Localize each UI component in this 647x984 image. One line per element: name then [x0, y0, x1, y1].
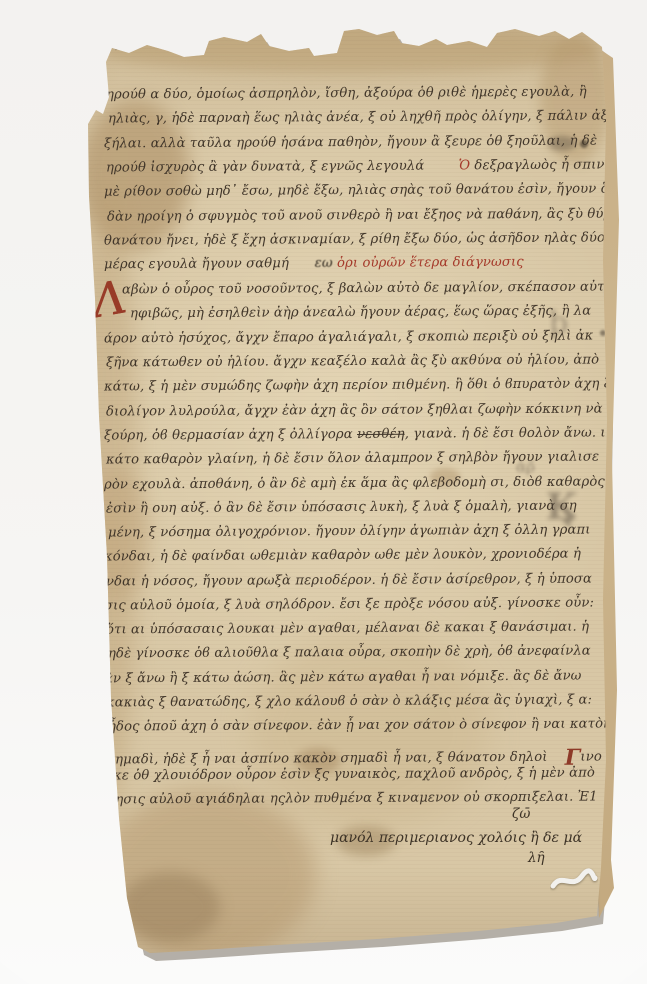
ink-text: ξησις αὐλοῦ αγιάδηλαι ηςλὸν πυθμένα ξ κι… — [108, 790, 598, 808]
repair-thread — [550, 864, 598, 896]
stain-bottom-left — [96, 790, 316, 960]
manuscript-line-13: κάτω, ξ ἡ μὲν συμώδης ζωφὴν ἀχη περίον π… — [104, 376, 611, 395]
manuscript-line-7: θανάτου ἤνει, ἡδὲ ξ ἔχη ἀσκιναμίαν, ξ ρί… — [104, 230, 618, 249]
manuscript-line-3: ξήλαι. αλλὰ ταῦλα ηρούθ ἡσάνα παθηὸν, ἤγ… — [104, 133, 597, 152]
manuscript-line-23: ὅτι αι ὑπόσασαις λουκαι μὲν αγαθαι, μέλα… — [106, 620, 589, 639]
ink-text: κακιὰς ξ θανατώδης, ξ χλο κάλουϐ ὁ σὰν ὸ… — [106, 693, 592, 711]
manuscript-line-26: κακιὰς ξ θανατώδης, ξ χλο κάλουϐ ὁ σὰν ὸ… — [106, 693, 592, 712]
manuscript-line-6: δὰν ηροίγη ὁ σφυγμὸς τοῦ ανοῦ σινθερὸ ἢ … — [107, 206, 647, 225]
ink-text: θανάτου ἤνει, ἡδὲ ξ ἔχη ἀσκιναμίαν, ξ ρί… — [104, 230, 618, 248]
ink-text: σημαδὶ, ἡδὲ ξ ἦ ναι ἀσπίνο κακὸν σημαδὶ … — [106, 750, 565, 768]
signature-prefix: ζω̄ — [512, 806, 530, 822]
ink-text: μέρας εγουλὰ ἤγουν σαθμή — [104, 256, 315, 272]
ink-text: εω — [315, 256, 333, 271]
manuscript-line-25: ἂν ξ ἄνω ἢ ξ κάτω ἀώση. ἃς μὲν κάτω αγαθ… — [104, 669, 582, 688]
ink-text: ρὸν εχουλὰ. ἀποθάνη, ὁ ἂν δὲ αμὴ ἐκ ἅμα … — [104, 474, 605, 492]
ink-text: κάτο καθαρὸν γλαίνη, ἡ δὲ ἔσιν ὅλον ἀλαμ… — [106, 449, 599, 467]
ink-text: ξούρη, ὁϐ θερμασίαν ἀχη ξ ὀλλίγορα — [104, 427, 357, 444]
manuscript-line-21: νδαι ἡ νόσος, ἤγουν αρωξὰ περιοδέρον. ἡ … — [106, 572, 592, 591]
manuscript-line-9: αβὼν ὁ οὖρος τοῦ νοσοῦντος, ξ βαλὼν αὐτὸ… — [122, 279, 626, 298]
manuscript-line-8: μέρας εγουλὰ ἤγουν σαθμή εω ὁρι οὐρῶν ἕτ… — [104, 255, 524, 273]
ink-text: ηδὲ γίνοσκε ὁϐ αλιοῦθλα ξ παλαια οὖρα, σ… — [108, 644, 591, 662]
rubric-initial-lambda: Λ — [88, 273, 129, 324]
ink-text: δὰν ηροίγη ὁ σφυγμὸς τοῦ ανοῦ σινθερὸ ἢ … — [107, 206, 647, 224]
ink-text: σις αὐλοῦ ὁμοία, ξ λυὰ σηλόδρον. ἔσι ξε … — [104, 596, 594, 614]
ink-text: κάτω, ξ ἡ μὲν συμώδης ζωφὴν ἀχη περίον π… — [104, 376, 611, 394]
manuscript-line-10: ηφιβῶς, μὴ ἐσηλθεὶν ἀὴρ ἀνεαλὼ ἤγουν ἀέρ… — [130, 304, 591, 323]
stain-bottom-left-core — [120, 872, 220, 942]
folio-number-faint: 176 — [98, 31, 136, 56]
ink-text: ἐσὶν ἢ ουη αὐξ. ὁ ἂν δὲ ἔσιν ὑπόσασις λυ… — [106, 499, 577, 517]
ink-text: ηλιὰς, γ, ἡδὲ παρναὴ ἕως ηλιὰς ἀνέα, ξ ο… — [108, 108, 613, 126]
ink-text: μένη, ξ νόσημα ὀλιγοχρόνιον. ἤγουν ὀλίγη… — [108, 523, 591, 541]
ink-text: σκε ὁθ χλουιόδρον οὖρον ἐσὶν ξς γυναικὸς… — [104, 766, 595, 784]
manuscript-line-22: σις αὐλοῦ ὁμοία, ξ λυὰ σηλόδρον. ἔσι ξε … — [104, 596, 594, 615]
manuscript-line-27: ἦδος ὁποῦ ἀχη ὁ σὰν σίνεφον. ἐὰν ᾖ ναι χ… — [108, 716, 611, 735]
ink-text: , γιανὰ. ἡ δὲ ἔσι θολὸν ἄνω. ιη — [405, 425, 614, 441]
ink-text: νδαι ἡ νόσος, ἤγουν αρωξὰ περιοδέρον. ἡ … — [106, 572, 592, 590]
ink-text: ἂν ξ ἄνω ἢ ξ κάτω ἀώση. ἃς μὲν κάτω αγαθ… — [104, 669, 582, 687]
ink-text: κόνδαι, ἡ δὲ φαίνδαι ωθεμιὰν καθαρὸν ωθε… — [104, 547, 581, 565]
ink-text: δεξραγλωὸς ἦ σπιν: — [470, 157, 609, 173]
manuscript-line-24: ηδὲ γίνοσκε ὁϐ αλιοῦθλα ξ παλαια οὖρα, σ… — [108, 644, 591, 663]
manuscript-line-15: ξούρη, ὁϐ θερμασίαν ἀχη ξ ὀλλίγορα νεσθέ… — [104, 425, 614, 444]
ink-text: ξήλαι. αλλὰ ταῦλα ηρούθ ἡσάνα παθηὸν, ἤγ… — [104, 133, 597, 151]
manuscript-line-29: σκε ὁθ χλουιόδρον οὖρον ἐσὶν ξς γυναικὸς… — [104, 766, 595, 785]
manuscript-line-18: ἐσὶν ἢ ουη αὐξ. ὁ ἂν δὲ ἔσιν ὑπόσασις λυ… — [106, 499, 577, 518]
manuscript-page: 150 176 ηρούθ α δύο, ὁμοίως ἀσπρηλὸν, ἴσ… — [0, 0, 647, 984]
ink-text: ὅτι αι ὑπόσασαις λουκαι μὲν αγαθαι, μέλα… — [106, 620, 589, 638]
ink-text: αβὼν ὁ οὖρος τοῦ νοσοῦντος, ξ βαλὼν αὐτὸ… — [122, 279, 626, 297]
signature-line: μανόλ περιμεριανος χολόις ἢ δε μά — [330, 830, 582, 847]
folio-number-crossed: 150 — [53, 69, 108, 106]
ink-text: ηρούθ α δύο, ὁμοίως ἀσπρηλὸν, ἴσθη, ἀξού… — [106, 85, 587, 103]
manuscript-line-5: μὲ ρίθον σοθὼ μηδ᾽ ἔσω, μηδὲ ἔξω, ηλιὰς … — [104, 181, 633, 200]
ink-text: μὲ ρίθον σοθὼ μηδ᾽ ἔσω, μηδὲ ἔξω, ηλιὰς … — [104, 181, 633, 199]
ink-text: διολίγον λυλρούλα, ἄγχν ἐὰν ἀχη ἂς ὂν σά… — [106, 401, 615, 419]
manuscript-line-4: ηρούθ ἰσχυρὸς ἂ γὰν δυνατὰ, ξ εγνῶς λεγο… — [106, 157, 609, 176]
ink-text: ινο — [580, 749, 602, 764]
ink-text: ηφιβῶς, μὴ ἐσηλθεὶν ἀὴρ ἀνεαλὼ ἤγουν ἀέρ… — [130, 304, 591, 322]
manuscript-line-2: ηλιὰς, γ, ἡδὲ παρναὴ ἕως ηλιὰς ἀνέα, ξ ο… — [108, 108, 613, 127]
strikethrough-text: νεσθέη — [357, 427, 405, 442]
manuscript-line-19: μένη, ξ νόσημα ὀλιγοχρόνιον. ἤγουν ὀλίγη… — [108, 523, 591, 542]
ink-text: ηρούθ ἰσχυρὸς ἂ γὰν δυνατὰ, ξ εγνῶς λεγο… — [106, 158, 459, 175]
manuscript-line-16: κάτο καθαρὸν γλαίνη, ἡ δὲ ἔσιν ὅλον ἀλαμ… — [106, 449, 599, 468]
manuscript-line-11: άρον αὐτὸ ἡσύχος, ἄγχν ἔπαρο ἀγαλιάγαλι,… — [104, 329, 593, 348]
signature-suffix: λη̑ — [528, 850, 545, 866]
manuscript-line-1: ηρούθ α δύο, ὁμοίως ἀσπρηλὸν, ἴσθη, ἀξού… — [106, 85, 587, 104]
manuscript-photo: 150 176 ηρούθ α δύο, ὁμοίως ἀσπρηλὸν, ἴσ… — [0, 0, 647, 984]
ink-text: άρον αὐτὸ ἡσύχος, ἄγχν ἔπαρο ἀγαλιάγαλι,… — [104, 329, 593, 347]
stain-top-band — [100, 26, 600, 74]
manuscript-line-12: ξῆνα κάτωθεν οὐ ἡλίου. ἄγχν κεαξέλο καλὰ… — [106, 352, 599, 371]
manuscript-line-17: ρὸν εχουλὰ. ἀποθάνη, ὁ ἂν δὲ αμὴ ἐκ ἅμα … — [104, 474, 605, 493]
ink-text: ἦδος ὁποῦ ἀχη ὁ σὰν σίνεφον. ἐὰν ᾖ ναι χ… — [108, 716, 611, 734]
ink-text: ξῆνα κάτωθεν οὐ ἡλίου. ἄγχν κεαξέλο καλὰ… — [106, 352, 599, 370]
manuscript-line-20: κόνδαι, ἡ δὲ φαίνδαι ωθεμιὰν καθαρὸν ωθε… — [104, 547, 581, 566]
rubric-text: ὁρι οὐρῶν ἕτερα διάγνωσις — [333, 255, 524, 271]
rubric-text: Ὁ — [459, 158, 471, 173]
manuscript-line-14: διολίγον λυλρούλα, ἄγχν ἐὰν ἀχη ἂς ὂν σά… — [106, 401, 615, 420]
